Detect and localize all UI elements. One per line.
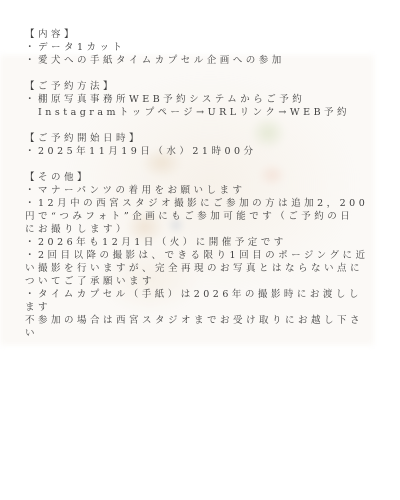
notice-text-block: 【内容】 ・データ1カット ・愛犬への手紙タイムカプセル企画への参加 【ご予約方… — [0, 0, 400, 500]
section-reservation-method: 【ご予約方法】 ・棚原写真事務所WEB予約システムからご予約 Instagram… — [25, 80, 382, 119]
text-line: ・2026年も12月1日（火）に開催予定です — [25, 236, 382, 249]
text-line: ・マナーパンツの着用をお願いします — [25, 184, 382, 197]
text-line: 不参加の場合は西宮スタジオまでお受け取りにお越し下さ — [25, 314, 382, 327]
text-line: 円で“つみフォト”企画にもご参加可能です（ご予約の日 — [25, 210, 382, 223]
text-line: ・愛犬への手紙タイムカプセル企画への参加 — [25, 54, 382, 67]
text-line: ついてご了承願います — [25, 275, 382, 288]
text-line: ます — [25, 301, 382, 314]
text-line: ・データ1カット — [25, 41, 382, 54]
text-line: ・棚原写真事務所WEB予約システムからご予約 — [25, 93, 382, 106]
text-line: ・2回目以降の撮影は、できる限り1回目のポージングに近 — [25, 249, 382, 262]
section-other-notes: 【その他】 ・マナーパンツの着用をお願いします ・12月中の西宮スタジオ撮影にご… — [25, 171, 382, 340]
text-line: い撮影を行いますが、完全再現のお写真とはならない点に — [25, 262, 382, 275]
section-reservation-start: 【ご予約開始日時】 ・2025年11月19日（水）21時00分 — [25, 132, 382, 158]
section-other-notes-heading: 【その他】 — [25, 171, 382, 184]
text-line: にお撮りします） — [25, 223, 382, 236]
text-line: ・12月中の西宮スタジオ撮影にご参加の方は追加2，200 — [25, 197, 382, 210]
section-reservation-start-heading: 【ご予約開始日時】 — [25, 132, 382, 145]
text-line: Instagramトップページ→URLリンク→WEB予約 — [25, 106, 382, 119]
text-line: ・タイムカプセル（手紙）は2026年の撮影時にお渡しし — [25, 288, 382, 301]
section-contents: 【内容】 ・データ1カット ・愛犬への手紙タイムカプセル企画への参加 — [25, 28, 382, 67]
section-reservation-method-heading: 【ご予約方法】 — [25, 80, 382, 93]
section-contents-heading: 【内容】 — [25, 28, 382, 41]
text-line: ・2025年11月19日（水）21時00分 — [25, 145, 382, 158]
text-line: い — [25, 327, 382, 340]
notice-page: 【内容】 ・データ1カット ・愛犬への手紙タイムカプセル企画への参加 【ご予約方… — [0, 0, 400, 500]
